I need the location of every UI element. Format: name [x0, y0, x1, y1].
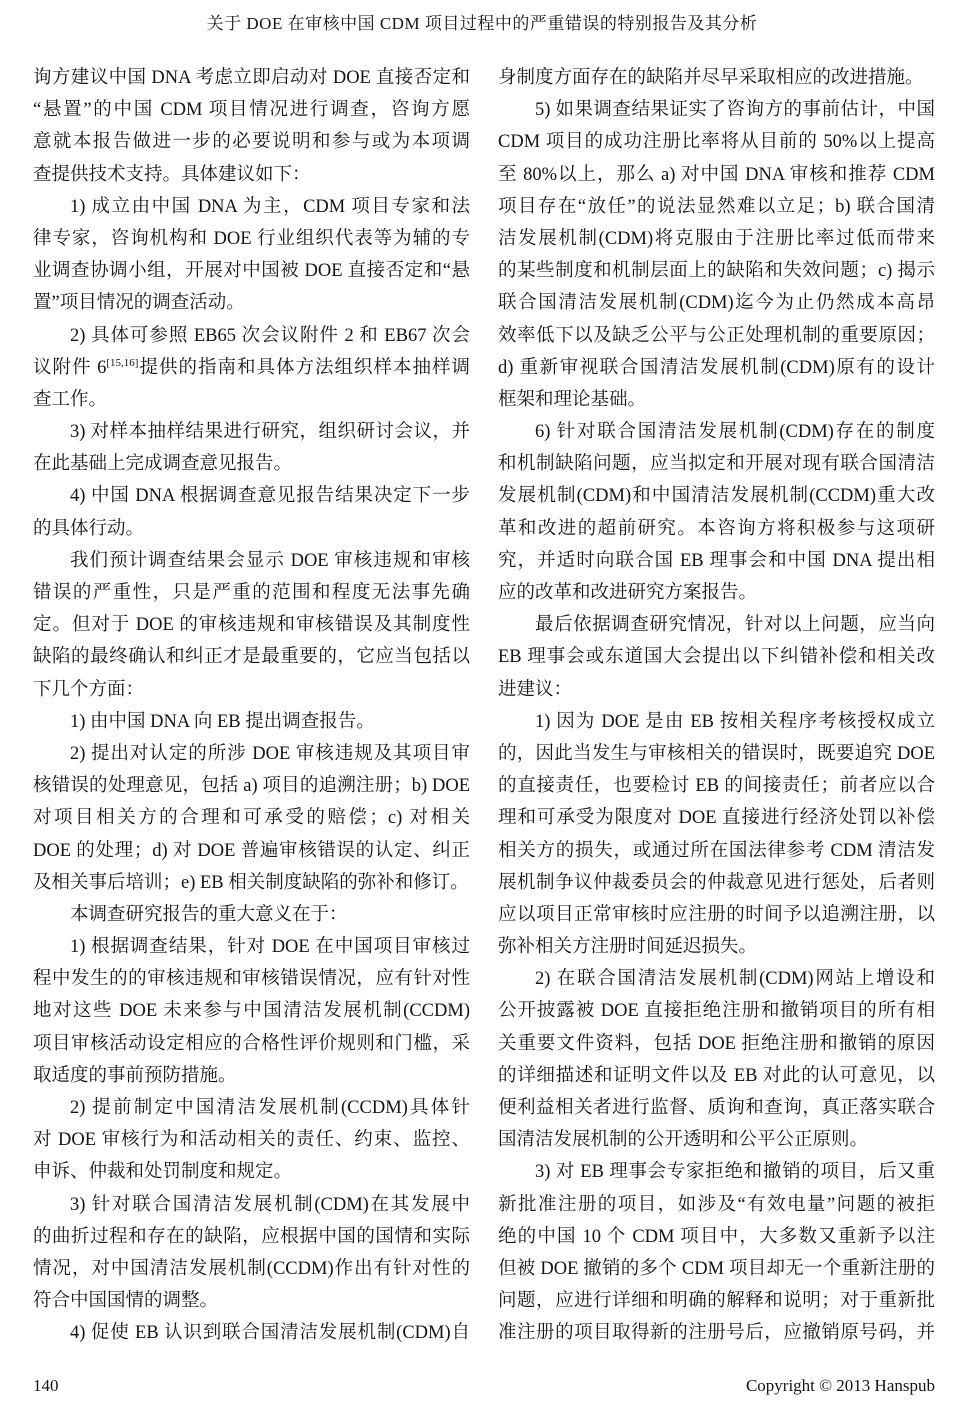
text-line: 公开披露被 DOE 直接拒绝注册和撤销项目的所有相 [498, 995, 935, 1027]
text-line: 情况，对中国清洁发展机制(CCDM)作出有针对性的 [33, 1253, 470, 1285]
text-line: 3) 针对联合国清洁发展机制(CDM)在其发展中 [33, 1189, 470, 1221]
text-line: 5) 如果调查结果证实了咨询方的事前估计，中国 [498, 94, 935, 126]
text-line: 对 DOE 审核行为和活动相关的责任、约束、监控、 [33, 1124, 470, 1156]
text-line: 框架和理论基础。 [498, 384, 935, 416]
text-line: 3) 对样本抽样结果进行研究，组织研讨会议，并 [33, 416, 470, 448]
text-line: 缺陷的最终确认和纠正才是最重要的，它应当包括以 [33, 641, 470, 673]
text-line: 4) 中国 DNA 根据调查意见报告结果决定下一步 [33, 480, 470, 512]
text-line: 革和改进的超前研究。本咨询方将积极参与这项研 [498, 513, 935, 545]
text-line: 律专家，咨询机构和 DOE 行业组织代表等为辅的专 [33, 223, 470, 255]
text-line: 意就本报告做进一步的必要说明和参与或为本项调 [33, 126, 470, 158]
text-line: 相关方的损失，或通过所在国法律参考 CDM 清洁发 [498, 835, 935, 867]
text-line: 6) 针对联合国清洁发展机制(CDM)存在的制度 [498, 416, 935, 448]
text-line: 但被 DOE 撤销的多个 CDM 项目却无一个重新注册的 [498, 1253, 935, 1285]
text-line: 核错误的处理意见，包括 a) 项目的追溯注册；b) DOE [33, 770, 470, 802]
text-line: 的某些制度和机制层面上的缺陷和失效问题；c) 揭示 [498, 255, 935, 287]
text-line: 及相关事后培训；e) EB 相关制度缺陷的弥补和修订。 [33, 867, 470, 899]
text-line: 最后依据调查研究情况，针对以上问题，应当向 [498, 609, 935, 641]
text-line: 2) 具体可参照 EB65 次会议附件 2 和 EB67 次会 [33, 320, 470, 352]
text-line: 地对这些 DOE 未来参与中国清洁发展机制(CCDM) [33, 995, 470, 1027]
text-line: 应以项目正常审核时应注册的时间予以追溯注册，以 [498, 899, 935, 931]
text-line: 问题，应进行详细和明确的解释和说明；对于重新批 [498, 1285, 935, 1317]
text-line: 定。但对于 DOE 的审核违规和审核错误及其制度性 [33, 609, 470, 641]
text-line: 3) 对 EB 理事会专家拒绝和撤销的项目，后又重 [498, 1156, 935, 1188]
text-line: 的直接责任，也要检讨 EB 的间接责任；前者应以合 [498, 770, 935, 802]
text-line: 询方建议中国 DNA 考虑立即启动对 DOE 直接否定和 [33, 62, 470, 94]
page-number: 140 [33, 1376, 59, 1396]
text-line: CDM 项目的成功注册比率将从目前的 50%以上提高 [498, 126, 935, 158]
text-line: 取适度的事前预防措施。 [33, 1060, 470, 1092]
text-line: 效率低下以及缺乏公平与公正处理机制的重要原因； [498, 320, 935, 352]
text-line: 程中发生的的审核违规和审核错误情况，应有针对性 [33, 963, 470, 995]
text-line: 洁发展机制(CDM)将克服由于注册比率过低而带来 [498, 223, 935, 255]
text-line: 项目审核活动设定相应的合格性评价规则和门槛，采 [33, 1028, 470, 1060]
left-column: 询方建议中国 DNA 考虑立即启动对 DOE 直接否定和“悬置”的中国 CDM … [33, 62, 470, 1350]
text-line: 应的改革和改进研究方案报告。 [498, 577, 935, 609]
text-line: d) 重新审视联合国清洁发展机制(CDM)原有的设计 [498, 352, 935, 384]
text-line: 关重要文件资料，包括 DOE 拒绝注册和撤销的原因 [498, 1028, 935, 1060]
text-line: 的具体行动。 [33, 513, 470, 545]
text-line: 的详细描述和证明文件以及 EB 对此的认可意见，以 [498, 1060, 935, 1092]
text-line: 究，并适时向联合国 EB 理事会和中国 DNA 提出相 [498, 545, 935, 577]
text-line: 便利益相关者进行监督、质询和查询，真正落实联合 [498, 1092, 935, 1124]
text-line: 本调查研究报告的重大意义在于： [33, 899, 470, 931]
text-line: 置”项目情况的调查活动。 [33, 287, 470, 319]
text-line: 进建议： [498, 674, 935, 706]
text-line: 身制度方面存在的缺陷并尽早采取相应的改进措施。 [498, 62, 935, 94]
text-line: 1) 由中国 DNA 向 EB 提出调查报告。 [33, 706, 470, 738]
text-line: 查提供技术支持。具体建议如下： [33, 159, 470, 191]
text-line: 理和可承受为限度对 DOE 直接进行经济处罚以补偿 [498, 802, 935, 834]
text-line: 1) 成立由中国 DNA 为主，CDM 项目专家和法 [33, 191, 470, 223]
text-line: DOE 的处理；d) 对 DOE 普遍审核错误的认定、纠正 [33, 835, 470, 867]
text-line: 2) 提前制定中国清洁发展机制(CCDM)具体针 [33, 1092, 470, 1124]
copyright-notice: Copyright © 2013 Hanspub [746, 1376, 935, 1396]
text-line: 绝的中国 10 个 CDM 项目中，大多数又重新予以注册， [498, 1221, 935, 1253]
text-line: 在此基础上完成调查意见报告。 [33, 448, 470, 480]
text-line: 至 80%以上，那么 a) 对中国 DNA 审核和推荐 CDM [498, 159, 935, 191]
text-line: 新批准注册的项目，如涉及“有效电量”问题的被拒 [498, 1189, 935, 1221]
text-line: 4) 促使 EB 认识到联合国清洁发展机制(CDM)自 [33, 1317, 470, 1349]
text-line: 项目存在“放任”的说法显然难以立足；b) 联合国清 [498, 191, 935, 223]
text-line: 的，因此当发生与审核相关的错误时，既要追究 DOE [498, 738, 935, 770]
text-line: 下几个方面： [33, 674, 470, 706]
text-line: 业调查协调小组，开展对中国被 DOE 直接否定和“悬 [33, 255, 470, 287]
page-footer: 140 Copyright © 2013 Hanspub [33, 1376, 935, 1396]
text-line: EB 理事会或东道国大会提出以下纠错补偿和相关改 [498, 641, 935, 673]
text-line: 查工作。 [33, 384, 470, 416]
text-line: 国清洁发展机制的公开透明和公平公正原则。 [498, 1124, 935, 1156]
text-line: 和机制缺陷问题，应当拟定和开展对现有联合国清洁 [498, 448, 935, 480]
text-line: 申诉、仲裁和处罚制度和规定。 [33, 1156, 470, 1188]
text-line: “悬置”的中国 CDM 项目情况进行调查，咨询方愿 [33, 94, 470, 126]
text-line: 的曲折过程和存在的缺陷，应根据中国的国情和实际 [33, 1221, 470, 1253]
text-line: 议附件 6[15,16]提供的指南和具体方法组织样本抽样调 [33, 352, 470, 384]
text-line: 2) 提出对认定的所涉 DOE 审核违规及其项目审 [33, 738, 470, 770]
text-line: 展机制争议仲裁委员会的仲裁意见进行惩处，后者则 [498, 867, 935, 899]
right-column: 身制度方面存在的缺陷并尽早采取相应的改进措施。5) 如果调查结果证实了咨询方的事… [498, 62, 935, 1350]
text-line: 联合国清洁发展机制(CDM)迄今为止仍然成本高昂 [498, 287, 935, 319]
text-line: 错误的严重性，只是严重的范围和程度无法事先确 [33, 577, 470, 609]
text-line: 弥补相关方注册时间延迟损失。 [498, 931, 935, 963]
text-line: 发展机制(CDM)和中国清洁发展机制(CCDM)重大改 [498, 480, 935, 512]
document-page: 关于 DOE 在审核中国 CDM 项目过程中的严重错误的特别报告及其分析 询方建… [0, 0, 964, 1414]
text-line: 2) 在联合国清洁发展机制(CDM)网站上增设和 [498, 963, 935, 995]
text-line: 符合中国国情的调整。 [33, 1285, 470, 1317]
two-column-body: 询方建议中国 DNA 考虑立即启动对 DOE 直接否定和“悬置”的中国 CDM … [33, 62, 935, 1350]
text-line: 对项目相关方的合理和可承受的赔偿；c) 对相关 [33, 802, 470, 834]
text-line: 1) 因为 DOE 是由 EB 按相关程序考核授权成立 [498, 706, 935, 738]
text-line: 我们预计调查结果会显示 DOE 审核违规和审核 [33, 545, 470, 577]
text-line: 准注册的项目取得新的注册号后，应撤销原号码，并 [498, 1317, 935, 1349]
page-header-title: 关于 DOE 在审核中国 CDM 项目过程中的严重错误的特别报告及其分析 [0, 9, 964, 34]
text-line: 1) 根据调查结果，针对 DOE 在中国项目审核过 [33, 931, 470, 963]
